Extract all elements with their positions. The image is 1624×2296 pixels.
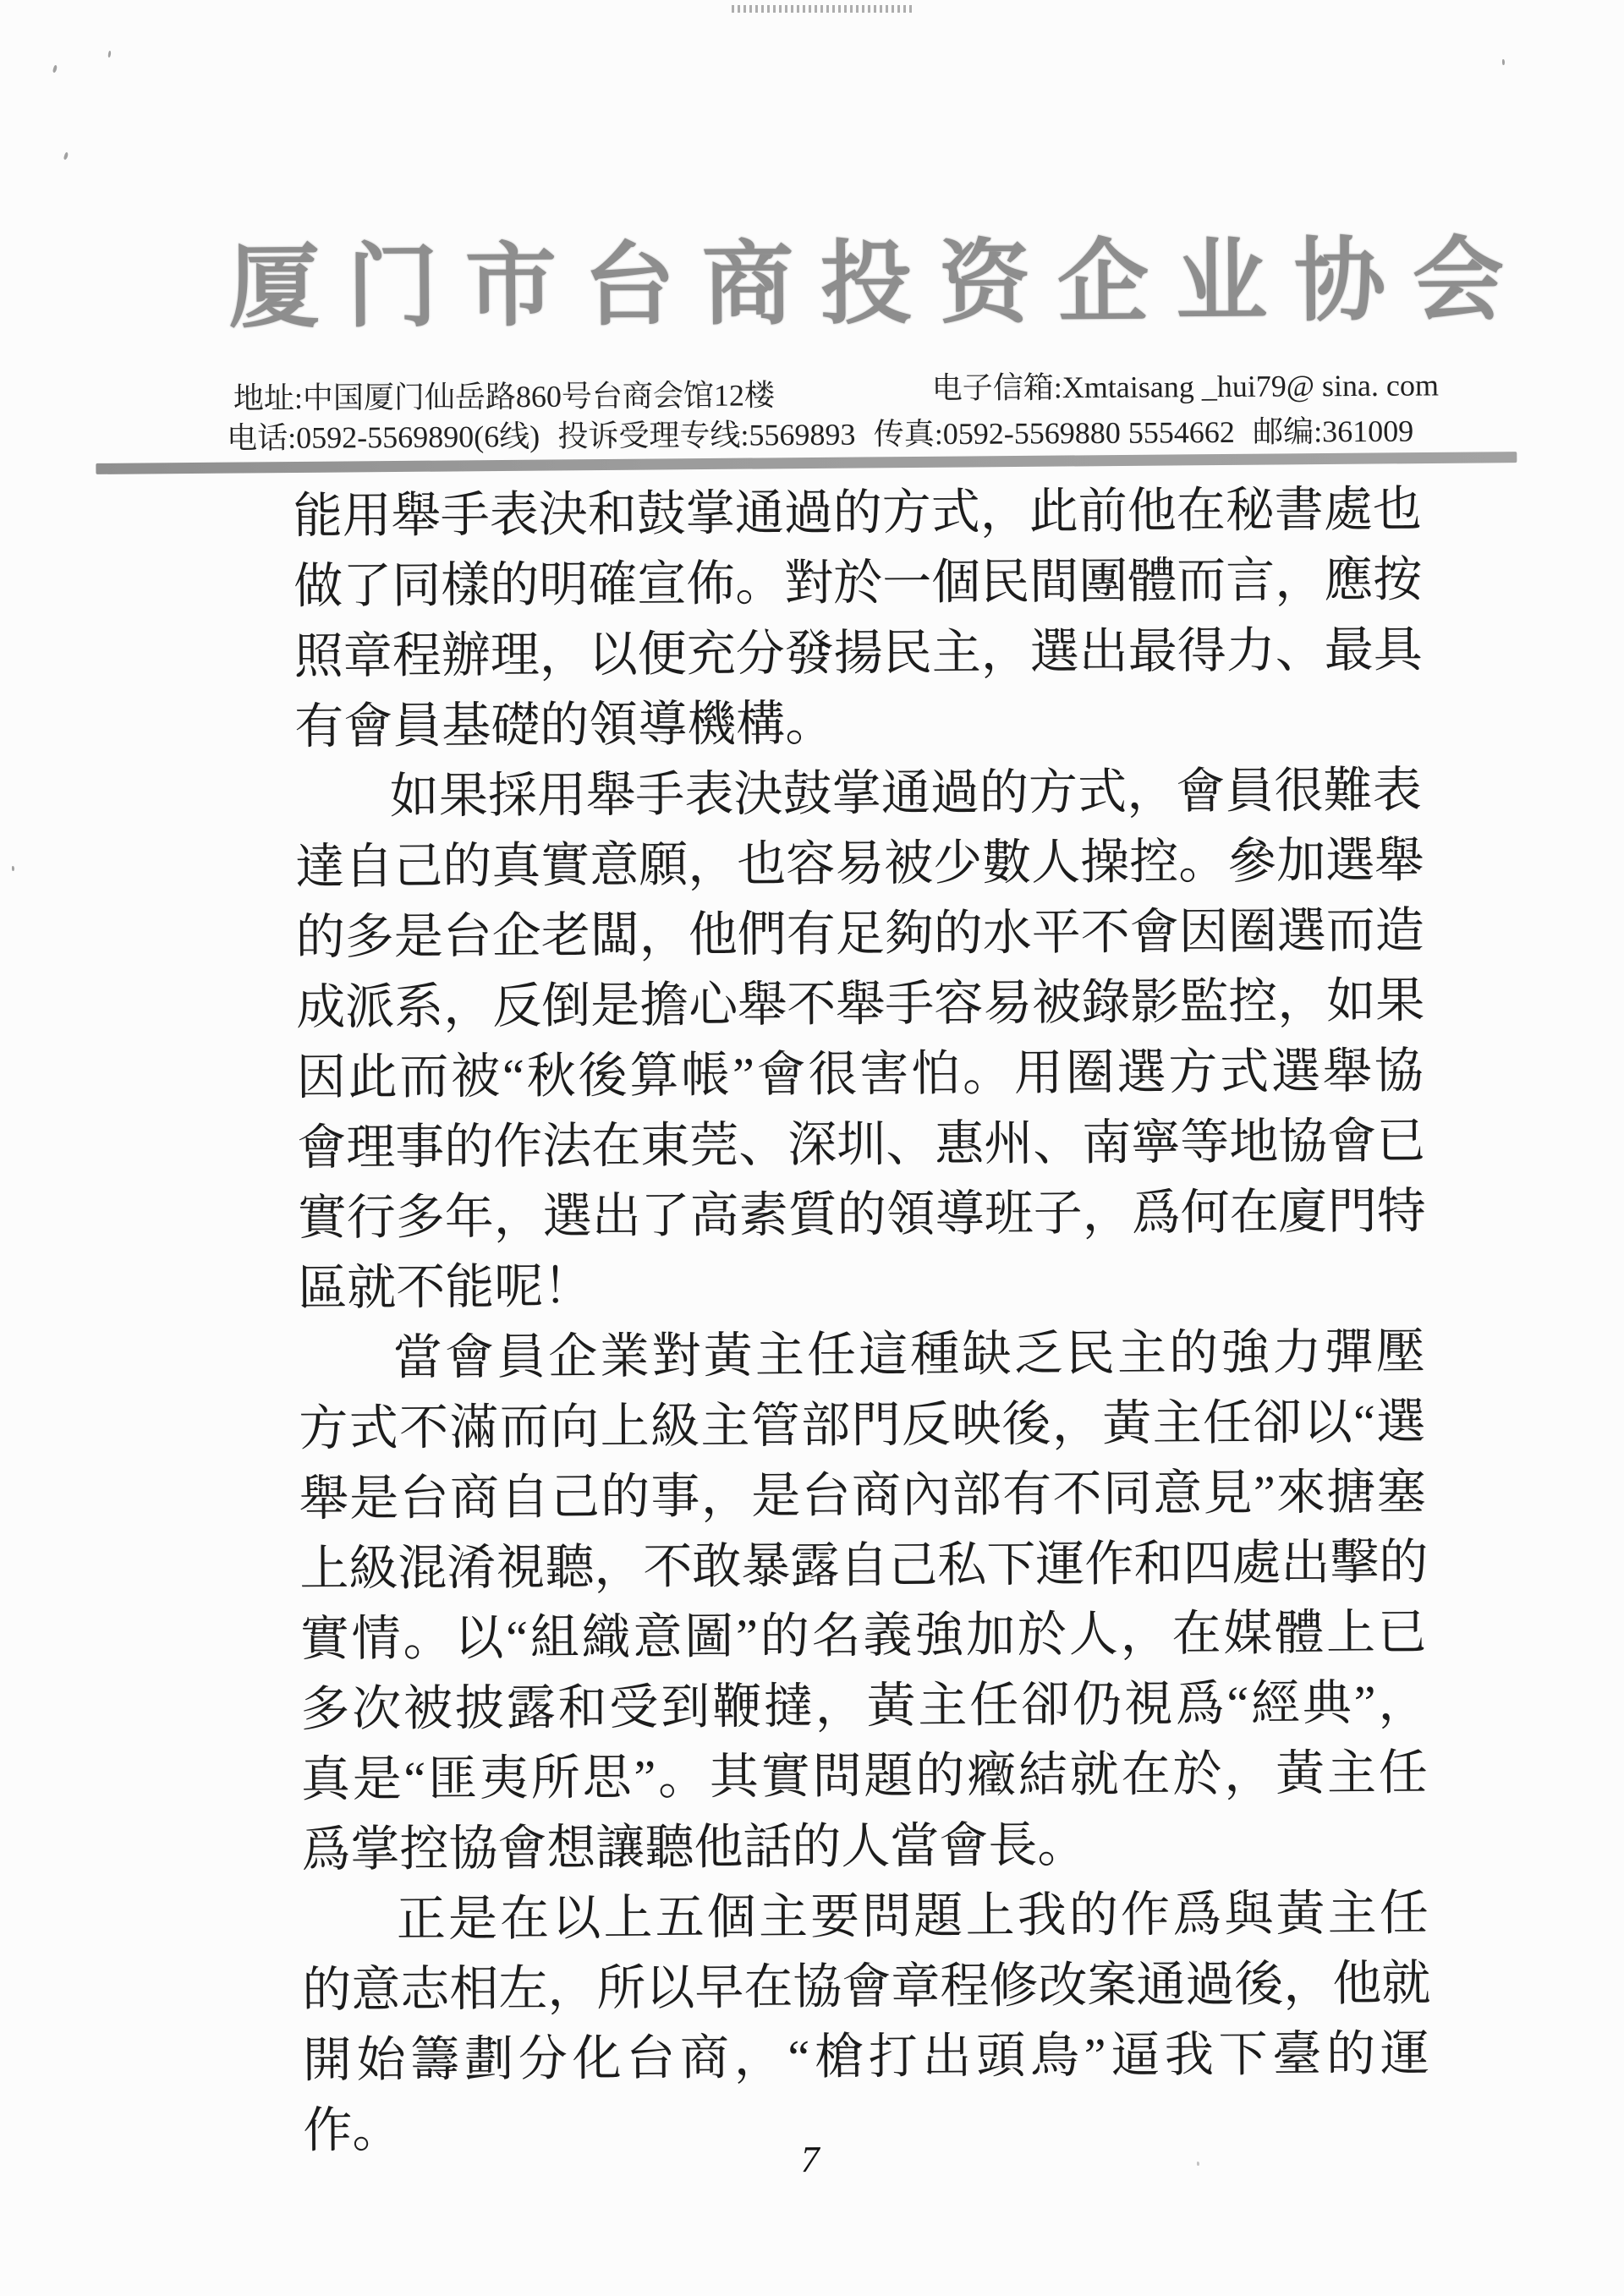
contact-row-2: 电话:0592-5569890(6线) 投诉受理专线:5569893 传真:05…: [227, 408, 1413, 458]
body-text-line: 多次被披露和受到鞭撻，黃主任卻仍視爲“經典”，: [300, 1669, 1427, 1746]
body-text-line: 實情。以“組織意圖”的名義強加於人，在媒體上已: [300, 1599, 1427, 1676]
contact-row-1: 地址:中国厦门仙岳路860号台商会馆12楼 电子信箱:Xmtaisang _hu…: [0, 364, 1622, 411]
email-line: 电子信箱:Xmtaisang _hui79@ sina. com: [932, 361, 1439, 408]
body-text-line: 的多是台企老闆，他們有足夠的水平不會因圈選而造: [296, 897, 1423, 974]
body-text-line: 能用舉手表決和鼓掌通過的方式，此前他在秘書處也: [293, 476, 1419, 553]
body-text-line: 做了同樣的明確宣佈。對於一個民間團體而言，應按: [294, 546, 1420, 623]
body-text-line: 照章程辦理，以便充分發揚民主，選出最得力、最具: [294, 616, 1421, 693]
page-number: 7: [800, 2138, 819, 2181]
fax-segment: 传真:0592-5569880 5554662: [874, 408, 1235, 454]
complaint-hotline-segment: 投诉受理专线:5569893: [557, 411, 855, 456]
letter-body: 能用舉手表決和鼓掌通過的方式，此前他在秘書處也做了同樣的明確宣佈。對於一個民間團…: [293, 476, 1429, 2167]
body-text-line: 區就不能呢！: [298, 1248, 1424, 1325]
body-text-line: 開始籌劃分化台商，“槍打出頭鳥”逼我下臺的運: [303, 2020, 1429, 2097]
letterhead-document: 厦门市台商投资企业协会 地址:中国厦门仙岳路860号台商会馆12楼 电子信箱:X…: [0, 0, 1624, 2296]
scanned-letter-page: 厦门市台商投资企业协会 地址:中国厦门仙岳路860号台商会馆12楼 电子信箱:X…: [0, 0, 1624, 2296]
body-text-line: 方式不滿而向上級主管部門反映後，黃主任卻以“選: [299, 1389, 1425, 1466]
body-text-line: 實行多年，選出了高素質的領導班子，爲何在廈門特: [298, 1178, 1424, 1255]
body-text-line: 如果採用舉手表決鼓掌通過的方式，會員很難表: [295, 757, 1422, 834]
body-text-line: 因此而被“秋後算帳”會很害怕。用圈選方式選舉協: [297, 1038, 1424, 1115]
body-text-line: 上級混淆視聽，不敢暴露自己私下運作和四處出擊的: [299, 1529, 1426, 1606]
body-text-line: 成派系，反倒是擔心舉不舉手容易被錄影監控，如果: [296, 967, 1423, 1044]
body-text-line: 的意志相左，所以早在協會章程修改案通過後，他就: [302, 1950, 1429, 2027]
body-text-line: 作。: [303, 2091, 1429, 2167]
body-text-line: 有會員基礎的領導機構。: [294, 687, 1421, 764]
body-text-line: 真是“匪夷所思”。其實問題的癥結就在於，黃主任: [301, 1740, 1428, 1817]
body-text-line: 當會員企業對黃主任這種缺乏民主的強力彈壓: [299, 1318, 1425, 1395]
body-text-line: 舉是台商自己的事，是台商內部有不同意見”來搪塞: [299, 1459, 1426, 1536]
body-text-line: 爲掌控協會想讓聽他話的人當會長。: [301, 1810, 1428, 1887]
phone-segment: 电话:0592-5569890(6线): [227, 413, 540, 458]
body-text-line: 會理事的作法在東莞、深圳、惠州、南寧等地協會已: [297, 1108, 1424, 1185]
org-title: 厦门市台商投资企业协会: [228, 236, 1532, 335]
body-text-line: 正是在以上五個主要問題上我的作爲與黃主任: [302, 1880, 1429, 1957]
body-text-line: 達自己的真實意願，也容易被少數人操控。參加選舉: [295, 827, 1422, 904]
postcode-segment: 邮编:361009: [1253, 408, 1413, 452]
